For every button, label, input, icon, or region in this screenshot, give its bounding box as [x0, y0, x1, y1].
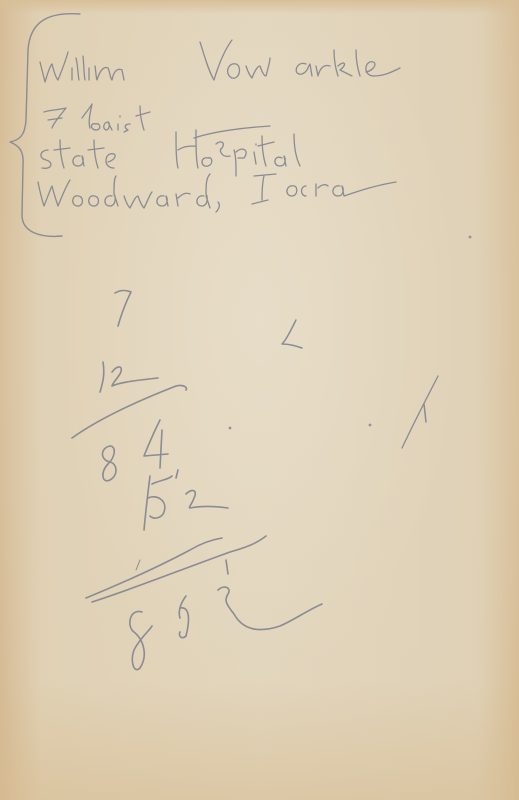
- line-institution: [41, 126, 300, 176]
- line-location: [38, 174, 396, 212]
- line-occupation: [44, 104, 150, 132]
- line-name: [40, 40, 400, 82]
- document-page: William Van Arkle Florist State Hospital…: [0, 0, 519, 800]
- calculation-strokes: [72, 291, 322, 670]
- tick-mark-icon: [424, 404, 426, 422]
- slash-mark-icon: [402, 376, 438, 448]
- angle-mark-icon: [282, 320, 302, 348]
- handwriting-layer: [0, 0, 519, 800]
